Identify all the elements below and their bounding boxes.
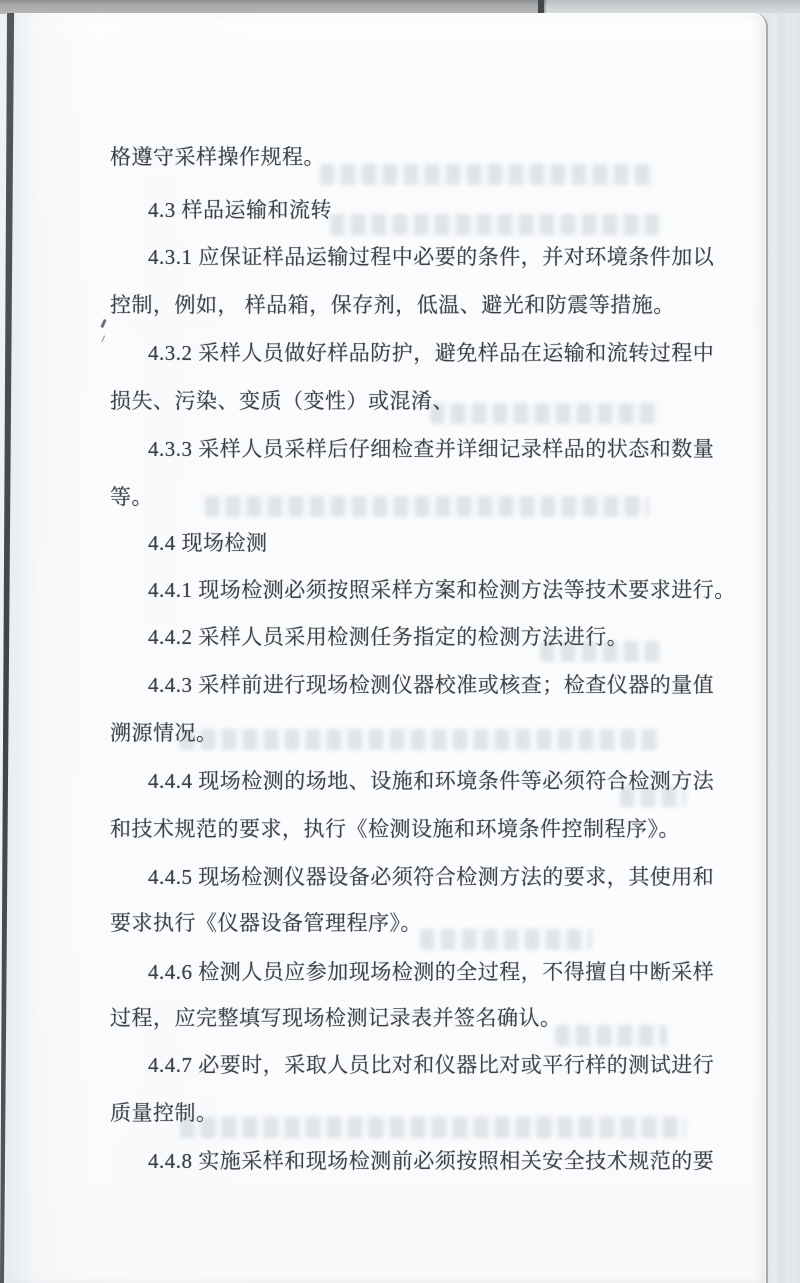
text-line: 4.4.3 采样前进行现场检测仪器校准或核查；检查仪器的量值 bbox=[148, 670, 714, 700]
bleedthrough-text bbox=[320, 164, 656, 185]
text-line: 损失、污染、变质（变性）或混淆、 bbox=[110, 386, 454, 416]
scanner-background-band bbox=[0, 0, 546, 14]
bleedthrough-text bbox=[330, 214, 660, 235]
text-line: 过程，应完整填写现场检测记录表并签名确认。 bbox=[110, 1003, 562, 1033]
text-line: 控制，例如， 样品箱，保存剂，低温、避光和防震等措施。 bbox=[110, 290, 675, 320]
text-line: 4.4 现场检测 bbox=[148, 528, 268, 558]
text-line: 4.4.4 现场检测的场地、设施和环境条件等必须符合检测方法 bbox=[148, 766, 714, 796]
text-line: 4.4.6 检测人员应参加现场检测的全过程，不得擅自中断采样 bbox=[148, 957, 714, 987]
paper-page: 格遵守采样操作规程。 4.3 样品运输和流转 4.3.1 应保证样品运输过程中必… bbox=[6, 13, 768, 1283]
bleedthrough-text bbox=[205, 496, 649, 517]
text-line: 溯源情况。 bbox=[110, 718, 218, 748]
text-line: 质量控制。 bbox=[110, 1098, 218, 1128]
text-line: 4.4.7 必要时，采取人员比对和仪器比对或平行样的测试进行 bbox=[148, 1050, 714, 1080]
text-line: 4.4.5 现场检测仪器设备必须符合检测方法的要求，其使用和 bbox=[148, 862, 714, 892]
bleedthrough-text bbox=[420, 929, 592, 950]
bleedthrough-text bbox=[430, 403, 660, 424]
text-line: 4.3.3 采样人员采样后仔细检查并详细记录样品的状态和数量 bbox=[148, 434, 714, 464]
text-line: 要求执行《仪器设备管理程序》。 bbox=[110, 908, 422, 938]
text-line: 4.4.8 实施采样和现场检测前必须按照相关安全技术规范的要 bbox=[148, 1146, 714, 1176]
text-line: 4.3.2 采样人员做好样品防护，避免样品在运输和流转过程中 bbox=[148, 338, 714, 368]
page-right-gutter bbox=[766, 13, 800, 1283]
text-line: 和技术规范的要求，执行《检测设施和环境条件控制程序》。 bbox=[110, 814, 680, 844]
bleedthrough-text bbox=[555, 1025, 667, 1046]
text-line: 等。 bbox=[110, 482, 153, 512]
scanner-background-band bbox=[546, 0, 800, 13]
text-line: 4.3 样品运输和流转 bbox=[148, 195, 332, 225]
text-line: 4.3.1 应保证样品运输过程中必要的条件，并对环境条件加以 bbox=[148, 242, 714, 272]
text-line: 格遵守采样操作规程。 bbox=[110, 142, 325, 172]
bleedthrough-text bbox=[180, 729, 660, 750]
bleedthrough-text bbox=[180, 1117, 686, 1138]
text-line: 4.4.1 现场检测必须按照采样方案和检测方法等技术要求进行。 bbox=[148, 575, 736, 605]
ink-speck bbox=[100, 319, 106, 328]
scanned-document-page: 格遵守采样操作规程。 4.3 样品运输和流转 4.3.1 应保证样品运输过程中必… bbox=[0, 0, 800, 1283]
text-line: 4.4.2 采样人员采用检测任务指定的检测方法进行。 bbox=[148, 622, 628, 652]
